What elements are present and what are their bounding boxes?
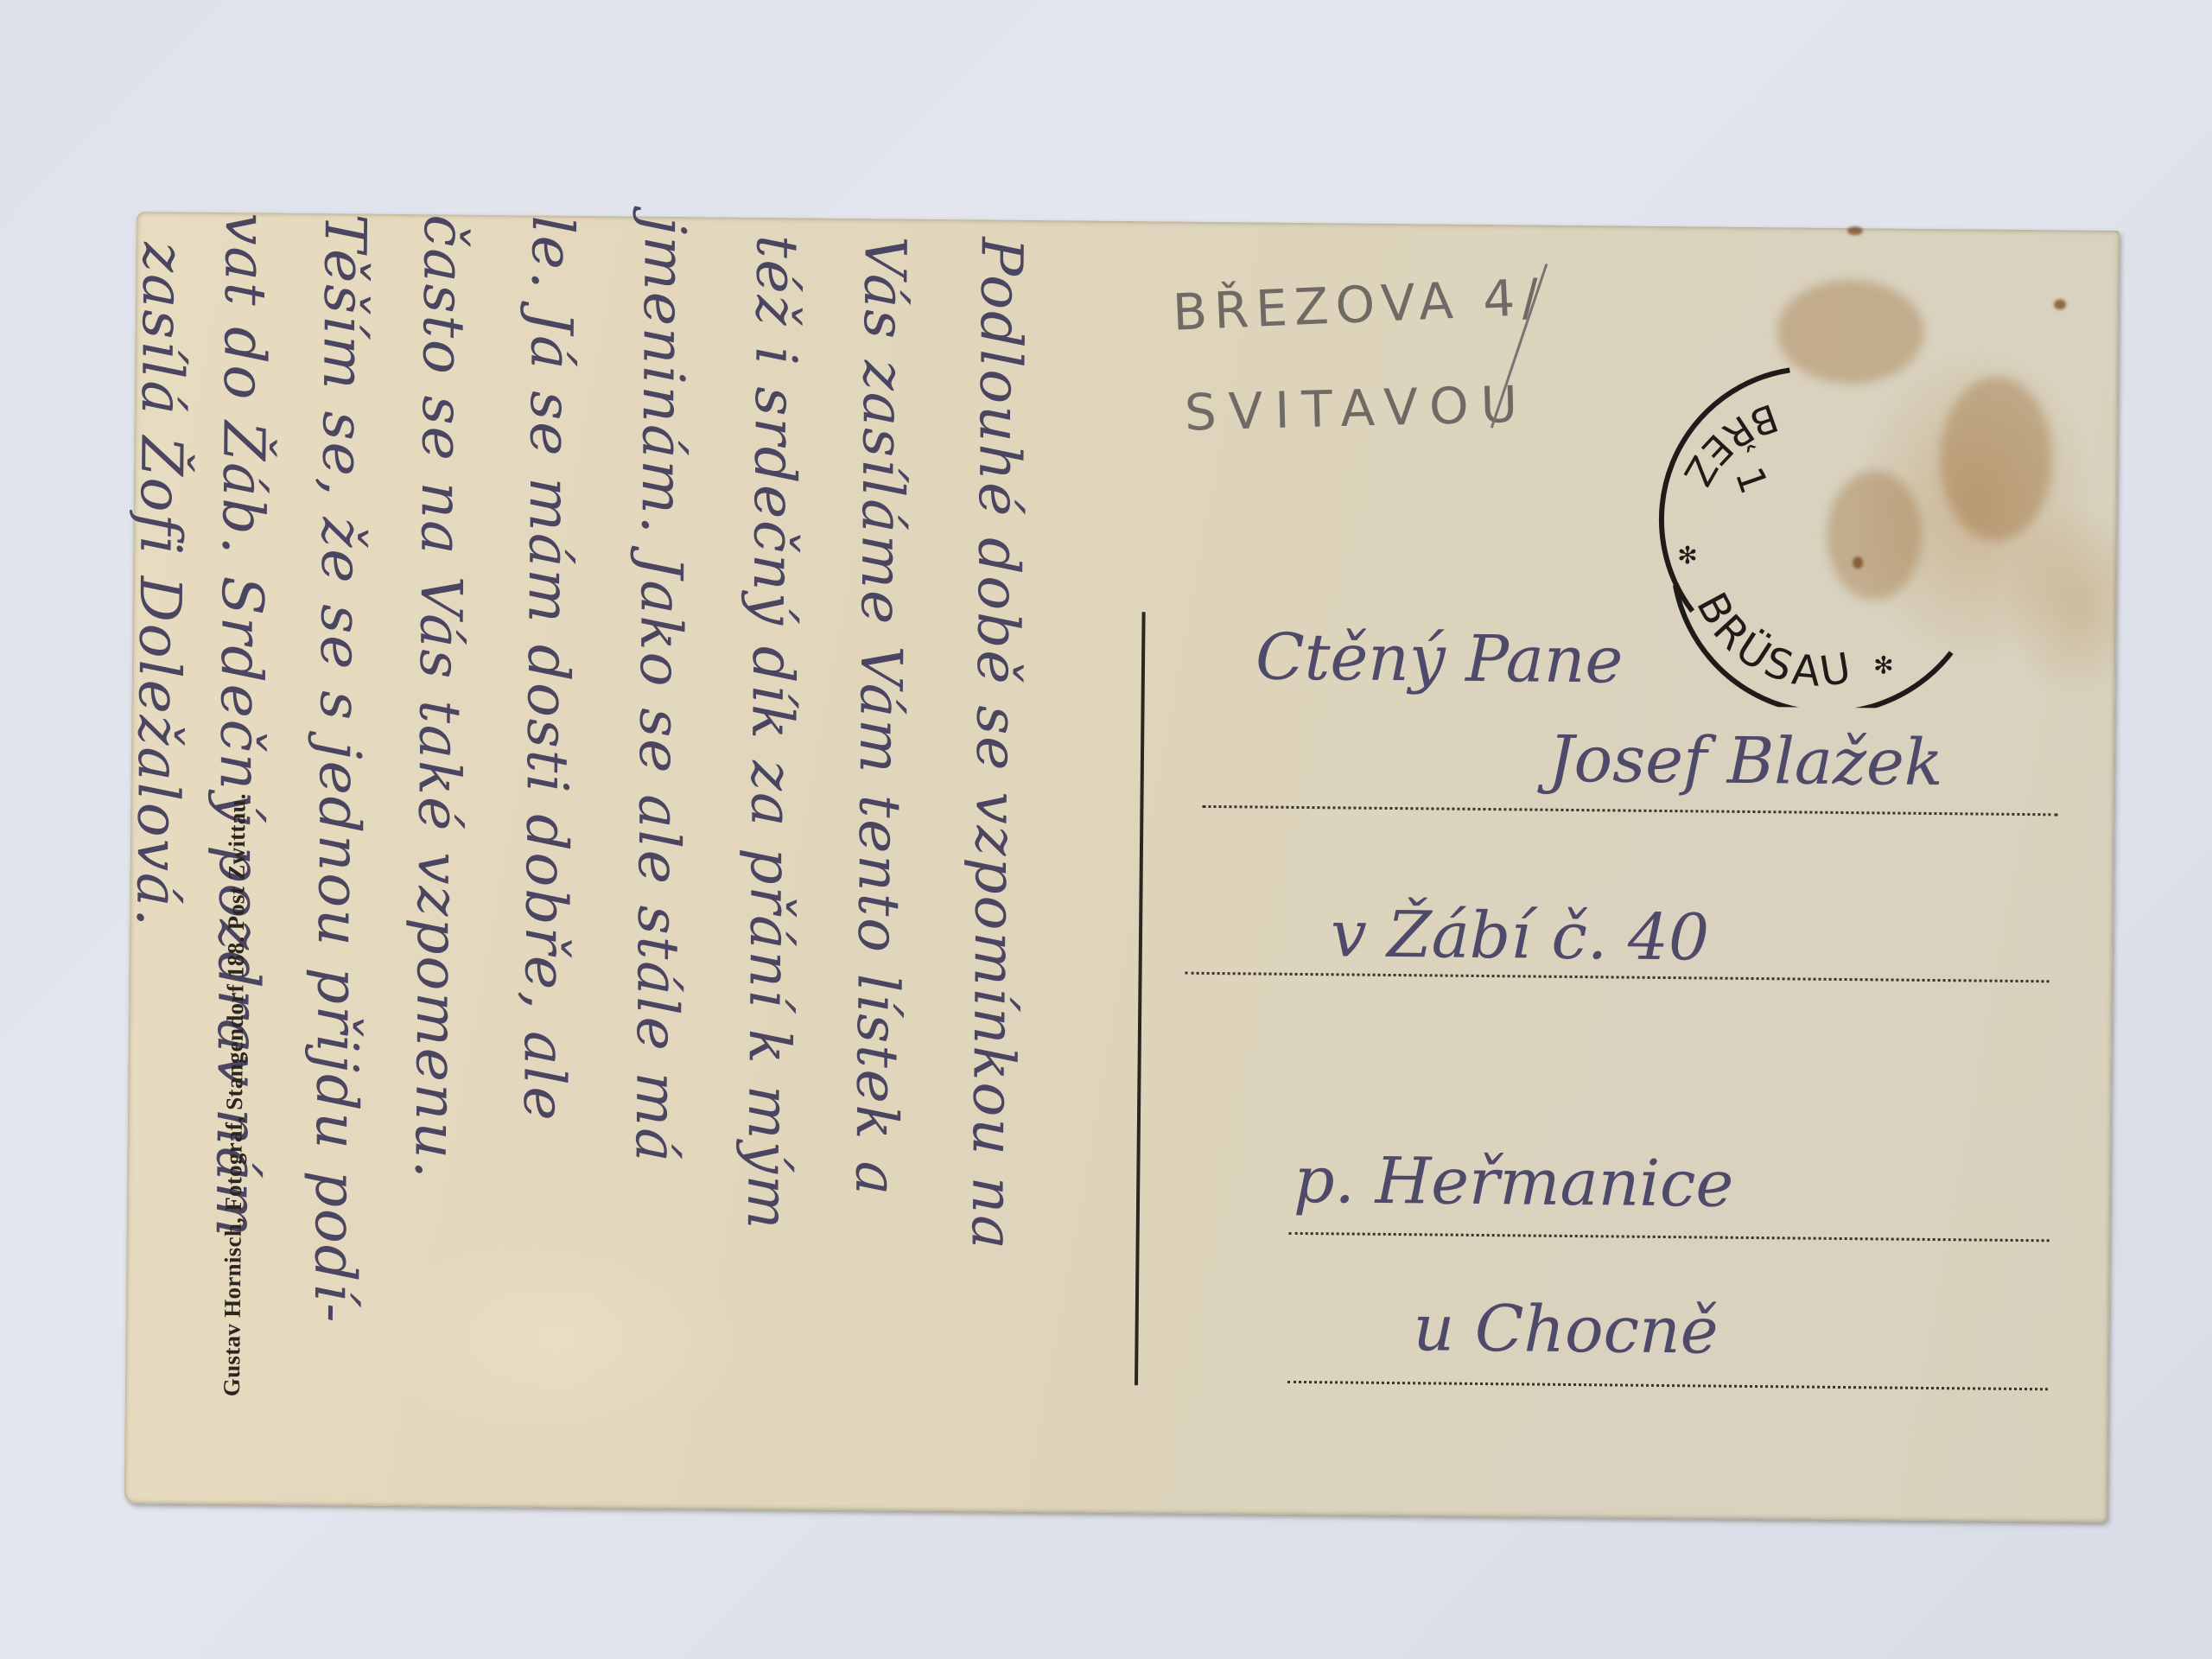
postcard: Podlouhé době se vzpomínkou na Vás zasíl… (124, 212, 2120, 1522)
postmark: BŘEZ BRÜSAU ✻ ✻ 1 (1623, 343, 1989, 709)
address-line-3 (1289, 1232, 2050, 1242)
svg-text:BRÜSAU: BRÜSAU (1686, 585, 1859, 697)
address-salutation: Ctěný Pane (1255, 620, 1624, 697)
message-line: Podlouhé době se vzpomínkou na (959, 237, 1035, 1251)
address-street: v Žábí č. 40 (1331, 897, 1710, 975)
postmark-separator: ✻ (1873, 651, 1894, 679)
message-line: též i srdečný dík za přání k mým (734, 235, 810, 1231)
postmark-bottom-text: BRÜSAU (1686, 585, 1859, 697)
address-line-1 (1202, 805, 2057, 817)
address-line-4 (1287, 1381, 2048, 1390)
pencil-note-line2: SVITAVOU (1184, 375, 1530, 442)
address-region: u Chocně (1413, 1291, 1719, 1368)
stain-dot (1847, 226, 1863, 235)
address-name: Josef Blažek (1548, 722, 1943, 800)
postmark-date: 1 (1726, 461, 1776, 499)
stain-dot (2054, 299, 2066, 309)
message-line: Těším se, že se s jednou přijdu podí- (302, 213, 378, 1325)
message-line: Vás zasíláme Vám tento lístek a (842, 236, 918, 1198)
message-line: často se na Vás také vzpomenu. (402, 214, 478, 1180)
message-line: le. Já se mám dosti dobře, ale (511, 215, 586, 1122)
publisher-imprint: Gustav Hornisch, Fotograf, Stangendorf 1… (219, 793, 251, 1396)
pencil-note-line1: BŘEZOVA 4/ (1172, 267, 1547, 341)
postmark-separator: ✻ (1677, 541, 1698, 569)
message-line: zasílá Žofi Doležalová. (124, 242, 197, 929)
divider-line (1135, 612, 1146, 1385)
address-post: p. Heřmanice (1294, 1143, 1734, 1222)
message-line: jmeninám. Jako se ale stále má (622, 217, 698, 1165)
